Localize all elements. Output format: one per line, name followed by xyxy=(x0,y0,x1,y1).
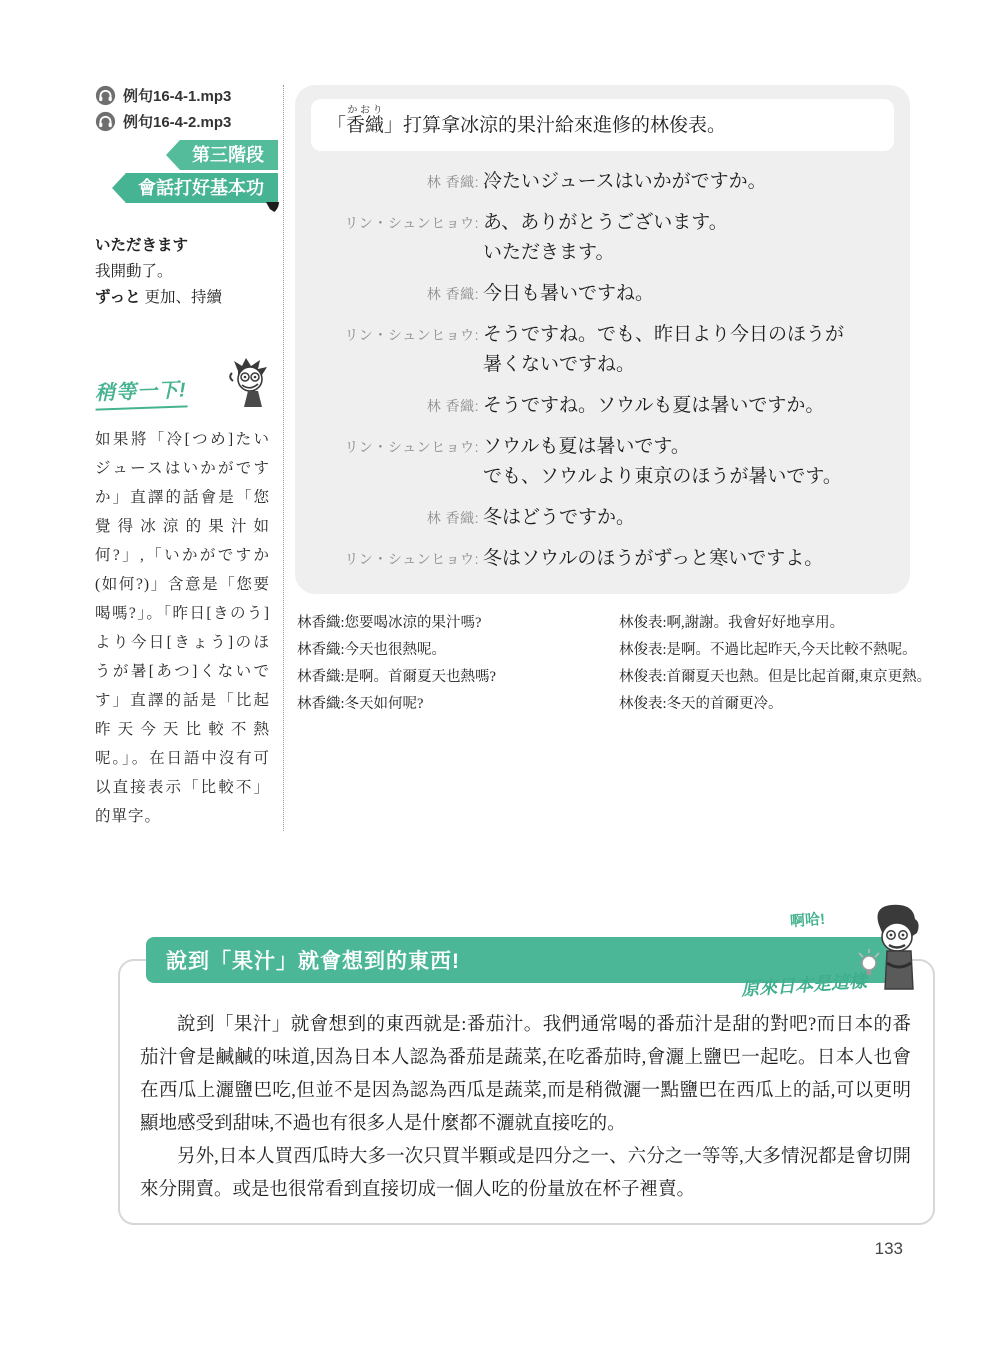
audio-file-label: 例句16-4-2.mp3 xyxy=(123,111,231,132)
section-badge: 會話打好基本功 xyxy=(112,173,278,203)
vocab-term: ずっと xyxy=(95,289,141,306)
headphone-audio-icon xyxy=(95,85,116,106)
speaker-name: 林 香織: xyxy=(311,167,479,197)
main-column: 「香織かおり」打算拿冰涼的果汁給來進修的林俊表。 林 香織: 冷たいジュースはい… xyxy=(295,85,935,831)
dotted-divider xyxy=(283,85,284,831)
translation-right: 林俊表:是啊。不過比起昨天,今天比較不熱呢。 xyxy=(619,639,935,661)
speaker-name: リン・シュンヒョウ: xyxy=(311,320,479,380)
speaker-text: 冬はソウルのほうがずっと寒いですよ。 xyxy=(479,544,894,574)
speaker-text: そうですね。でも、昨日より今日のほうが暑くないですね。 xyxy=(479,320,894,380)
dialog-line: リン・シュンヒョウ: そうですね。でも、昨日より今日のほうが暑くないですね。 xyxy=(311,320,894,380)
dialog-intro-text: 「香織かおり」打算拿冰涼的果汁給來進修的林俊表。 xyxy=(327,105,878,141)
translation-left: 林香織:您要喝冰涼的果汁嗎? xyxy=(297,612,615,634)
stage-badge: 第三階段 xyxy=(166,140,278,170)
page-number: 133 xyxy=(95,1239,903,1259)
translation-right: 林俊表:冬天的首爾更冷。 xyxy=(619,693,935,715)
speaker-name: リン・シュンヒョウ: xyxy=(311,432,479,492)
speaker-name: リン・シュンヒョウ: xyxy=(311,544,479,574)
dialog-line: 林 香織: 冷たいジュースはいかがですか。 xyxy=(311,167,894,197)
culture-box: 說到「果汁」就會想到的東西! 啊哈! 原來日本是這樣 說到「果汁」就會想到的東西… xyxy=(118,959,935,1225)
speaker-name: 林 香織: xyxy=(311,503,479,533)
note-body-text: 如果將「冷[つめ]たいジュースはいかがですか」直譯的話會是「您覺得冰涼的果汁如何… xyxy=(95,425,270,831)
dialog-intro-box: 「香織かおり」打算拿冰涼的果汁給來進修的林俊表。 xyxy=(311,99,894,151)
culture-paragraph: 另外,日本人買西瓜時大多一次只買半顆或是四分之一、六分之一等等,大多情況都是會切… xyxy=(140,1141,911,1207)
vocab-definition: 更加、持續 xyxy=(144,289,222,306)
speaker-text: 冷たいジュースはいかがですか。 xyxy=(479,167,894,197)
audio-file-row: 例句16-4-2.mp3 xyxy=(95,111,270,132)
headphone-audio-icon xyxy=(95,111,116,132)
culture-paragraph: 說到「果汁」就會想到的東西就是:番茄汁。我們通常喝的番茄汁是甜的對吧?而日本的番… xyxy=(140,1009,911,1141)
page-fold-decoration xyxy=(266,202,279,215)
audio-file-row: 例句16-4-1.mp3 xyxy=(95,85,270,106)
audio-file-label: 例句16-4-1.mp3 xyxy=(123,85,231,106)
translation-grid: 林香織:您要喝冰涼的果汁嗎? 林俊表:啊,謝謝。我會好好地享用。 林香織:今天也… xyxy=(297,612,935,715)
speaker-text: 冬はどうですか。 xyxy=(479,503,894,533)
note-header: 稍等一下! xyxy=(95,357,270,409)
translation-left: 林香織:是啊。首爾夏天也熱嗎? xyxy=(297,666,615,688)
wait-a-moment-title: 稍等一下! xyxy=(94,373,187,410)
speaker-name: 林 香織: xyxy=(311,391,479,421)
vocab-term: いただきます xyxy=(95,233,270,259)
speaker-text: 今日も暑いですね。 xyxy=(479,279,894,309)
kaori-ruby: 香織かおり xyxy=(346,115,384,136)
aha-exclamation: 啊哈! xyxy=(789,908,825,931)
vocab-entry: ずっと 更加、持續 xyxy=(95,285,270,311)
translation-right: 林俊表:啊,謝謝。我會好好地享用。 xyxy=(619,612,935,634)
dialog-box: 「香織かおり」打算拿冰涼的果汁給來進修的林俊表。 林 香織: 冷たいジュースはい… xyxy=(295,85,910,594)
section-badge-wrap: 會話打好基本功 xyxy=(112,173,278,203)
mustache-man-character xyxy=(851,901,929,993)
speaker-text: そうですね。ソウルも夏は暑いですか。 xyxy=(479,391,894,421)
translation-left: 林香織:今天也很熱呢。 xyxy=(297,639,615,661)
vocab-list: いただきます 我開動了。 ずっと 更加、持續 xyxy=(95,233,270,311)
sidebar: 例句16-4-1.mp3 例句16-4-2.mp3 第三階段 會話打好基本功 い… xyxy=(95,85,270,831)
speaker-text: あ、ありがとうございます。いただきます。 xyxy=(479,208,894,268)
dialog-line: リン・シュンヒョウ: ソウルも夏は暑いです。でも、ソウルより東京のほうが暑いです… xyxy=(311,432,894,492)
culture-body: 說到「果汁」就會想到的東西就是:番茄汁。我們通常喝的番茄汁是甜的對吧?而日本的番… xyxy=(140,1009,911,1207)
dialog-line: 林 香織: 冬はどうですか。 xyxy=(311,503,894,533)
translation-right: 林俊表:首爾夏天也熱。但是比起首爾,東京更熱。 xyxy=(619,666,935,688)
top-section: 例句16-4-1.mp3 例句16-4-2.mp3 第三階段 會話打好基本功 い… xyxy=(95,85,935,831)
speaker-name: リン・シュンヒョウ: xyxy=(311,208,479,268)
speaker-text: ソウルも夏は暑いです。でも、ソウルより東京のほうが暑いです。 xyxy=(479,432,894,492)
dialog-line: 林 香織: 今日も暑いですね。 xyxy=(311,279,894,309)
dialog-line: リン・シュンヒョウ: あ、ありがとうございます。いただきます。 xyxy=(311,208,894,268)
dialog-line: 林 香織: そうですね。ソウルも夏は暑いですか。 xyxy=(311,391,894,421)
culture-header-title: 說到「果汁」就會想到的東西! xyxy=(146,945,460,975)
vocab-definition: 我開動了。 xyxy=(95,259,270,285)
translation-left: 林香織:冬天如何呢? xyxy=(297,693,615,715)
speaker-name: 林 香織: xyxy=(311,279,479,309)
dialog-line: リン・シュンヒョウ: 冬はソウルのほうがずっと寒いですよ。 xyxy=(311,544,894,574)
grinning-teacher-character xyxy=(224,357,270,409)
